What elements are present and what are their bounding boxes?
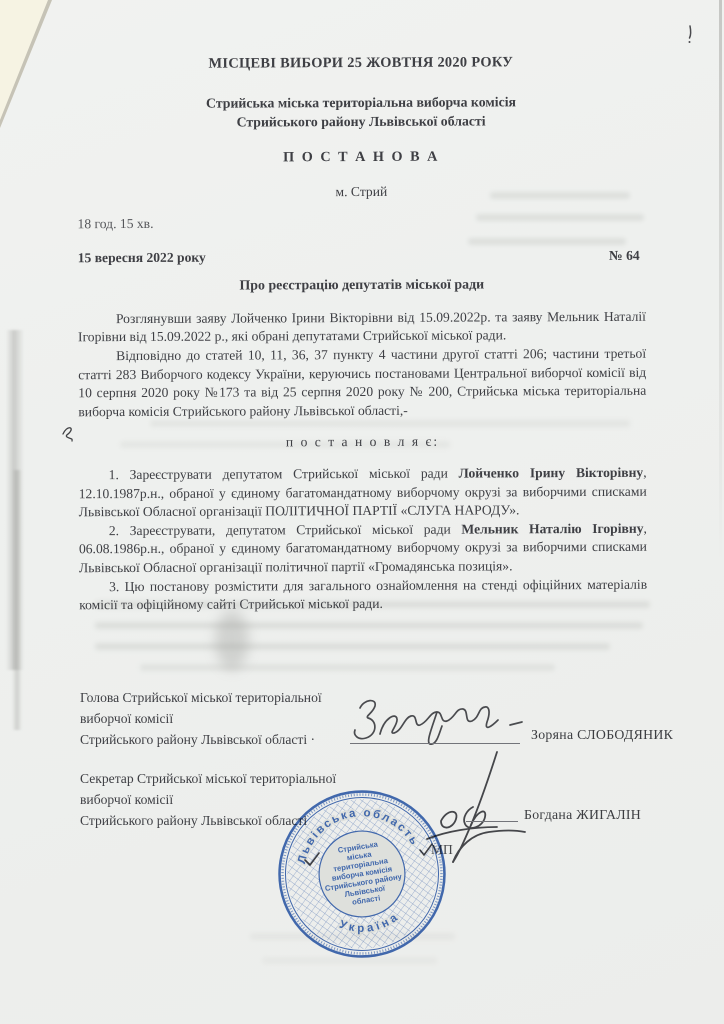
scanned-document-page: МІСЦЕВІ ВИБОРИ 25 ЖОВТНЯ 2020 РОКУ Стрий… bbox=[0, 0, 724, 1024]
resolution-item-1: 1. Зареєструвати депутатом Стрийської мі… bbox=[79, 464, 647, 522]
document-subject: Про реєстрацію депутатів міської ради bbox=[78, 276, 646, 297]
paper-fold-shadow bbox=[12, 470, 22, 730]
bleed-through-line bbox=[140, 664, 555, 671]
commission-seal: Львівська область Україна Стрийська місь… bbox=[265, 777, 460, 972]
secretary-title-line1: Секретар Стрийської міської територіальн… bbox=[80, 768, 410, 789]
resolution-item-2: 2. Зареєструвати, депутатом Стрийської м… bbox=[79, 519, 647, 577]
scan-mark-top-right bbox=[686, 25, 694, 45]
deputy-name-2: Мельник Наталію Ігорівну bbox=[461, 520, 643, 536]
document-type: П О С Т А Н О В А bbox=[77, 147, 645, 168]
resolves-heading: п о с т а н о в л я є: bbox=[78, 432, 646, 453]
deputy-name-1: Лойченко Ірину Вікторівну bbox=[459, 465, 644, 481]
document-body: МІСЦЕВІ ВИБОРИ 25 ЖОВТНЯ 2020 РОКУ Стрий… bbox=[77, 47, 647, 615]
paragraph-2: Відповідно до статей 10, 11, 36, 37 пунк… bbox=[78, 345, 646, 422]
paragraph-1: Розглянувши заяву Лойченко Ірини Вікторі… bbox=[78, 308, 646, 348]
bleed-through-line bbox=[95, 643, 610, 650]
head-signature-line bbox=[350, 743, 520, 744]
city-line: м. Стрий bbox=[77, 181, 645, 202]
head-name: Зоряна СЛОБОДЯНИК bbox=[531, 727, 673, 743]
scan-right-edge bbox=[719, 0, 722, 560]
date-number-row: 15 вересня 2022 року № 64 bbox=[78, 246, 646, 267]
document-date: 15 вересня 2022 року bbox=[78, 248, 206, 267]
bleed-through-line bbox=[95, 622, 643, 629]
secretary-signature-line bbox=[466, 821, 518, 822]
time-line: 18 год. 15 хв. bbox=[77, 213, 645, 234]
election-title: МІСЦЕВІ ВИБОРИ 25 ЖОВТНЯ 2020 РОКУ bbox=[77, 53, 645, 74]
resolution-item-3: 3. Цю постанову розмістити для загальног… bbox=[79, 575, 647, 615]
commission-name-line1: Стрийська міська територіальна виборча к… bbox=[77, 92, 645, 113]
document-number: № 64 bbox=[609, 246, 640, 265]
secretary-name: Богдана ЖИГАЛІН bbox=[524, 807, 641, 823]
ink-smudge bbox=[215, 610, 249, 670]
scan-mark-left bbox=[60, 422, 76, 444]
commission-name-line2: Стрийського району Львівської області bbox=[77, 111, 645, 132]
scan-corner-background bbox=[0, 0, 48, 120]
head-signature-handwriting bbox=[344, 694, 529, 749]
